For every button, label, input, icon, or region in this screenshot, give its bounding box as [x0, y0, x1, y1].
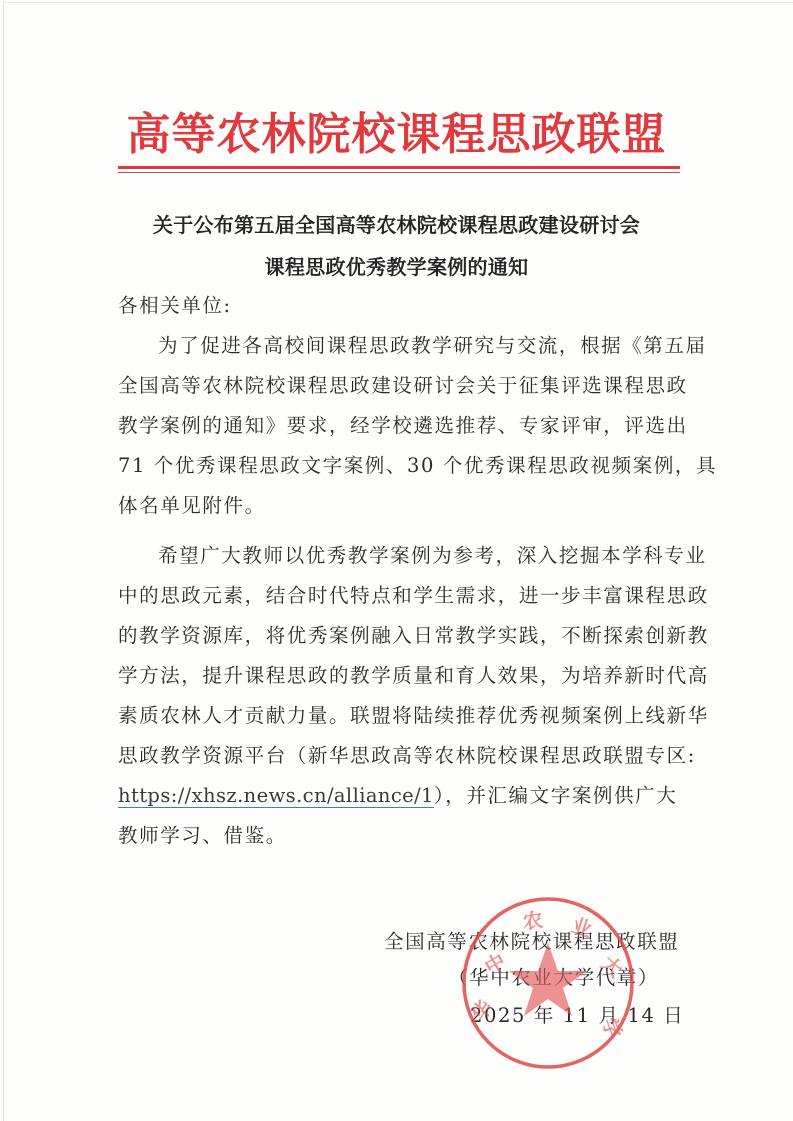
paragraph-2-link-line: https://xhsz.news.cn/alliance/1），并汇编文字案例…	[118, 782, 677, 810]
signature-date: 2025 年 11 月 14 日	[470, 1002, 684, 1030]
paragraph-2-line: 希望广大教师以优秀教学案例为参考，深入挖掘本学科专业	[158, 542, 707, 570]
notice-title-line-1: 关于公布第五届全国高等农林院校课程思政建设研讨会	[0, 210, 793, 240]
paragraph-1-line: 全国高等农林院校课程思政建设研讨会关于征集评选课程思政	[118, 372, 688, 400]
paragraph-2-line: 素质农林人才贡献力量。联盟将陆续推荐优秀视频案例上线新华	[118, 702, 709, 730]
paragraph-1-line: 为了促进各高校间课程思政教学研究与交流，根据《第五届	[158, 332, 707, 360]
paragraph-2-line: 学方法，提升课程思政的教学质量和育人效果，为培养新时代高	[118, 662, 709, 690]
letterhead-rule-thin	[118, 172, 680, 173]
paragraph-1-line: 教学案例的通知》要求，经学校遴选推荐、专家评审，评选出	[118, 412, 688, 440]
signature-organization: 全国高等农林院校课程思政联盟	[384, 928, 679, 956]
letterhead-rule-thick	[118, 166, 680, 169]
signature-on-behalf: （华中农业大学代章）	[448, 964, 659, 992]
letterhead-title: 高等农林院校课程思政联盟	[0, 108, 793, 162]
paragraph-1-line: 体名单见附件。	[118, 492, 266, 520]
alliance-link[interactable]: https://xhsz.news.cn/alliance/1	[118, 784, 434, 808]
paragraph-2-line: 思政教学资源平台（新华思政高等农林院校课程思政联盟专区:	[118, 742, 696, 770]
link-suffix: ），并汇编文字案例供广大	[434, 784, 677, 807]
salutation: 各相关单位:	[118, 292, 232, 320]
paragraph-1-line: 71 个优秀课程思政文字案例、30 个优秀课程思政视频案例，具	[118, 452, 717, 480]
paragraph-2-line: 中的思政元素，结合时代特点和学生需求，进一步丰富课程思政	[118, 582, 709, 610]
paragraph-2-line: 教师学习、借鉴。	[118, 822, 287, 850]
paragraph-2-line: 的教学资源库，将优秀案例融入日常教学实践，不断探索创新教	[118, 622, 709, 650]
notice-title-line-2: 课程思政优秀教学案例的通知	[0, 252, 793, 282]
